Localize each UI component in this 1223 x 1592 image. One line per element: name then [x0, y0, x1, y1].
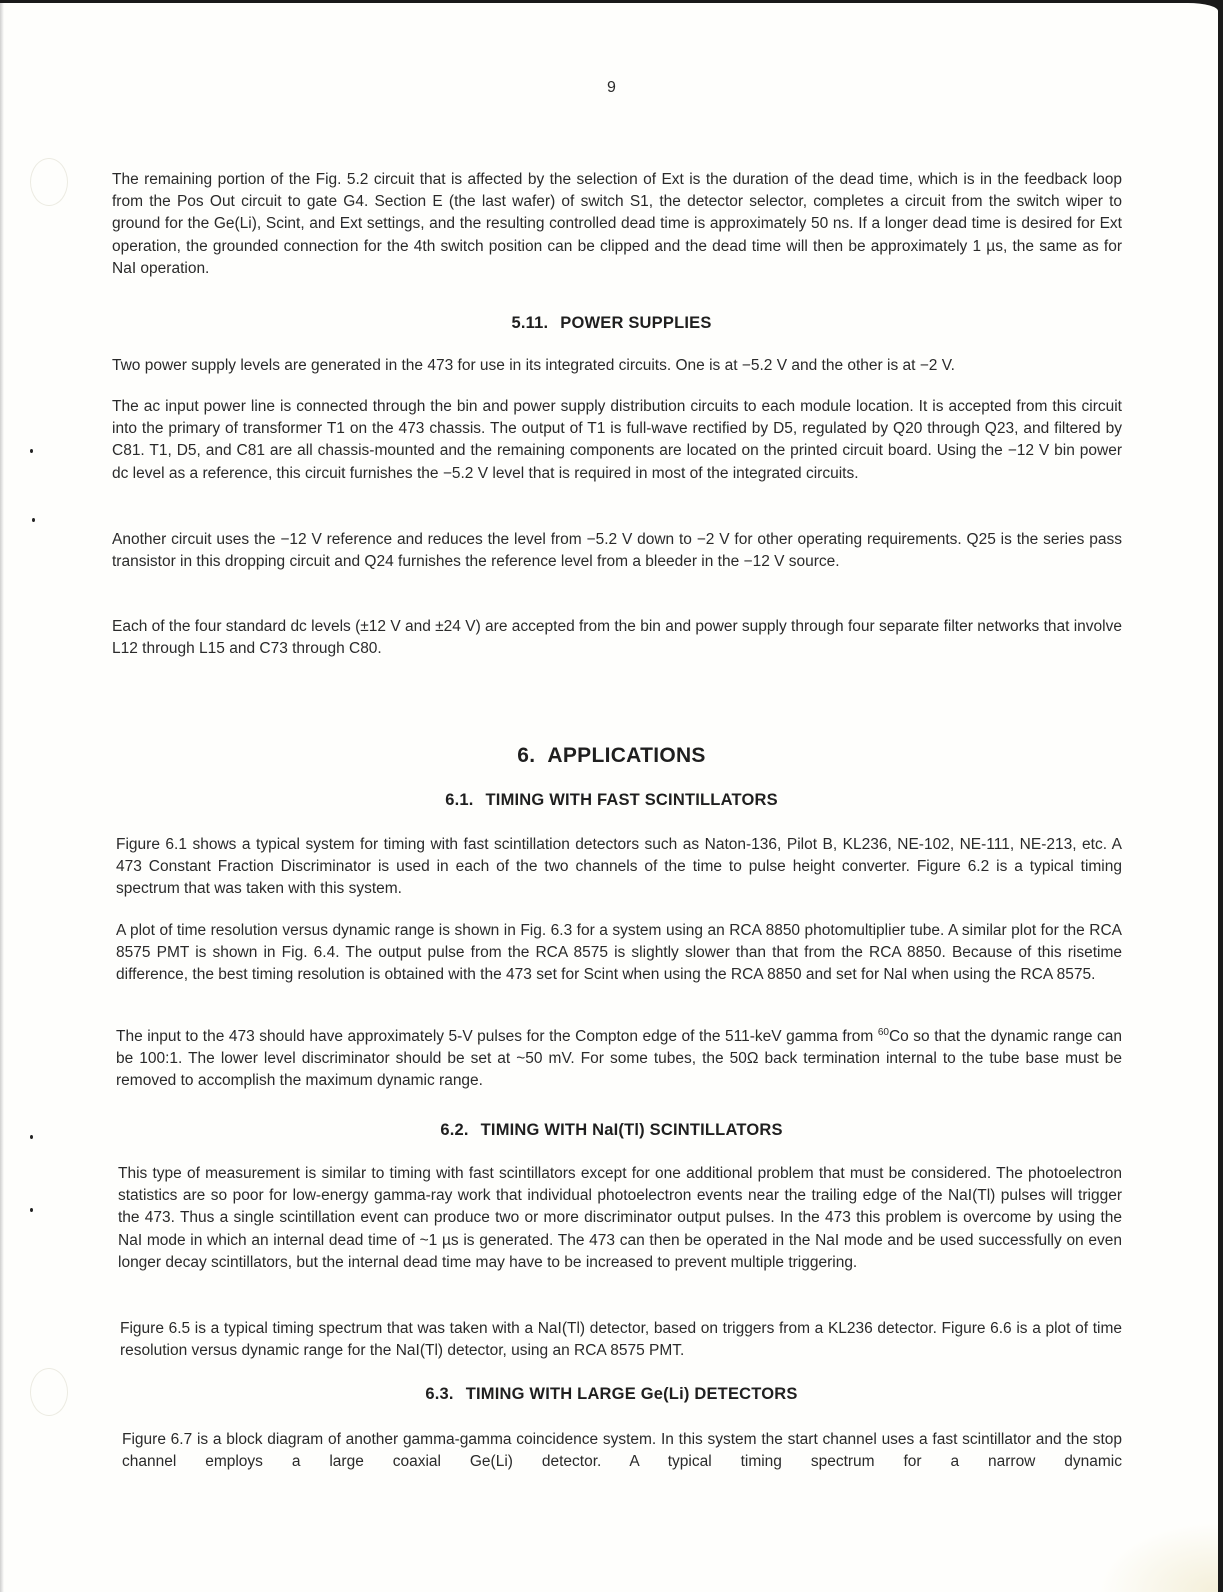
- section-number: 6.1.: [445, 791, 473, 809]
- section-heading-6-2: 6.2.TIMING WITH NaI(Tl) SCINTILLATORS: [0, 1121, 1223, 1140]
- section-heading-6-1: 6.1.TIMING WITH FAST SCINTILLATORS: [0, 791, 1223, 810]
- section-number: 6.2.: [440, 1121, 468, 1139]
- page-number: 9: [0, 79, 1223, 97]
- chapter-heading-6: 6.APPLICATIONS: [0, 744, 1223, 768]
- paragraph-figure-6-1: Figure 6.1 shows a typical system for ti…: [116, 834, 1122, 901]
- paragraph-power-levels: Two power supply levels are generated in…: [112, 355, 1122, 377]
- superscript-isotope: 60: [878, 1027, 889, 1038]
- section-title: TIMING WITH LARGE Ge(Li) DETECTORS: [466, 1385, 798, 1403]
- paragraph-figure-6-7: Figure 6.7 is a block diagram of another…: [122, 1429, 1122, 1473]
- paragraph-time-resolution-plot: A plot of time resolution versus dynamic…: [116, 920, 1122, 987]
- section-number: 5.11.: [511, 314, 548, 332]
- section-title: TIMING WITH FAST SCINTILLATORS: [486, 791, 778, 809]
- paragraph-nai-measurement: This type of measurement is similar to t…: [118, 1163, 1122, 1274]
- paragraph-dc-levels: Each of the four standard dc levels (±12…: [112, 616, 1122, 660]
- section-title: POWER SUPPLIES: [560, 314, 711, 332]
- scan-speck: [30, 1208, 33, 1212]
- scan-speck: [30, 449, 33, 453]
- section-title: TIMING WITH NaI(Tl) SCINTILLATORS: [481, 1121, 783, 1139]
- section-number: 6.3.: [425, 1385, 453, 1403]
- paragraph-figure-6-5: Figure 6.5 is a typical timing spectrum …: [120, 1318, 1122, 1362]
- section-heading-6-3: 6.3.TIMING WITH LARGE Ge(Li) DETECTORS: [0, 1385, 1223, 1404]
- punch-hole-mark-top: [30, 158, 68, 206]
- paragraph-input-pulses: The input to the 473 should have approxi…: [116, 1026, 1122, 1093]
- text-run: The input to the 473 should have approxi…: [116, 1028, 878, 1045]
- chapter-number: 6.: [517, 744, 535, 767]
- paragraph-dead-time-ext: The remaining portion of the Fig. 5.2 ci…: [112, 169, 1122, 280]
- paragraph-ac-input: The ac input power line is connected thr…: [112, 396, 1122, 485]
- section-heading-5-11: 5.11.POWER SUPPLIES: [0, 314, 1223, 333]
- chapter-title: APPLICATIONS: [547, 744, 705, 767]
- scan-speck: [32, 518, 35, 522]
- paragraph-dropping-circuit: Another circuit uses the −12 V reference…: [112, 529, 1122, 573]
